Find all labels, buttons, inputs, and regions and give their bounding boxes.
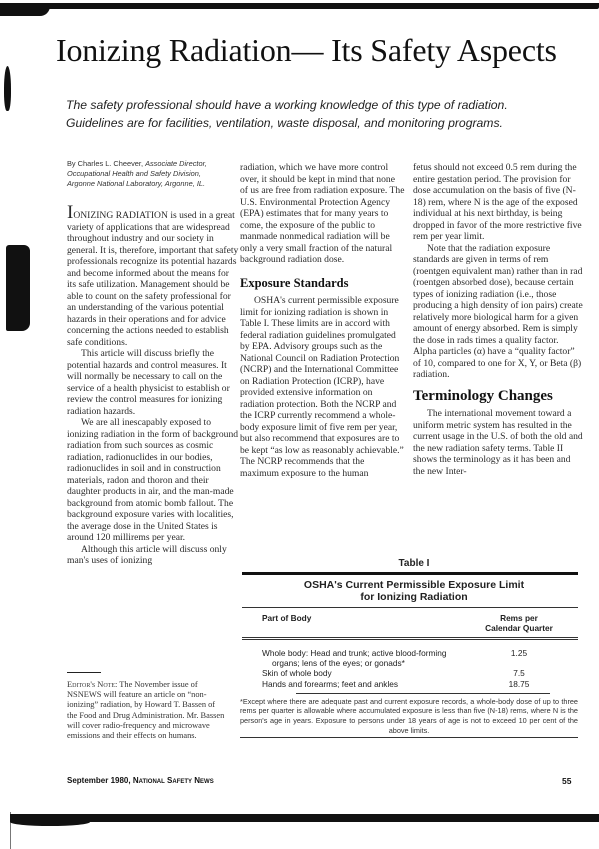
scan-edge-top — [0, 3, 599, 9]
cell-part-of-body: Whole body: Head and trunk; active blood… — [262, 648, 460, 668]
table-title-line-2: for Ionizing Radiation — [240, 591, 588, 603]
deck-line-1: The safety professional should have a wo… — [66, 96, 586, 114]
editors-note-label: Editor's Note: — [67, 680, 117, 689]
page-number: 55 — [562, 776, 571, 786]
byline: By Charles L. Cheever, Associate Directo… — [67, 159, 217, 190]
editors-note-text: The November issue of NSNEWS will featur… — [67, 680, 224, 740]
section-heading-terminology-changes: Terminology Changes — [413, 391, 583, 403]
table-title: OSHA's Current Permissible Exposure Limi… — [240, 579, 588, 603]
table-header-row: Part of Body Rems per Calendar Quarter — [240, 608, 588, 637]
table-footnote-rule — [296, 693, 550, 694]
article-title: Ionizing Radiation— Its Safety Aspects — [56, 32, 557, 69]
section-heading-exposure-standards: Exposure Standards — [240, 278, 405, 290]
paragraph: radiation, which we have more control ov… — [240, 162, 405, 266]
paragraph-text: is used in a great variety of applicatio… — [67, 210, 238, 348]
scan-edge-left-mark — [4, 66, 11, 111]
table-title-line-1: OSHA's Current Permissible Exposure Limi… — [240, 579, 588, 591]
column-header-rems: Rems per Calendar Quarter — [460, 613, 578, 633]
page-footer-issue: September 1980, National Safety News — [67, 776, 214, 785]
table-1: Table I OSHA's Current Permissible Expos… — [240, 558, 588, 738]
scan-edge-left-block — [6, 245, 30, 331]
paragraph: Although this article will discuss only … — [67, 544, 239, 567]
scan-edge-bottom-lip — [10, 818, 90, 826]
paragraph: Note that the radiation exposure standar… — [413, 243, 583, 381]
table-label: Table I — [240, 558, 588, 569]
column-header-part-of-body: Part of Body — [240, 613, 460, 633]
scan-edge-top-tail — [0, 6, 50, 16]
table-footnote: *Except where there are adequate past an… — [240, 697, 588, 737]
article-deck: The safety professional should have a wo… — [66, 96, 586, 132]
paragraph: This article will discuss briefly the po… — [67, 348, 239, 417]
editors-note: Editor's Note: The November issue of NSN… — [67, 680, 227, 741]
cell-part-of-body: Skin of whole body — [262, 668, 460, 678]
paragraph: We are all inescapably exposed to ionizi… — [67, 417, 239, 544]
cell-part-of-body: Hands and forearms; feet and ankles — [262, 679, 460, 689]
scan-edge-bottom — [10, 814, 599, 822]
paragraph: fetus should not exceed 0.5 rem during t… — [413, 162, 583, 243]
table-row: Hands and forearms; feet and ankles 18.7… — [240, 679, 588, 689]
lead-in: ONIZING RADIATION — [73, 210, 168, 221]
column-1: IONIZING RADIATION is used in a great va… — [67, 207, 239, 567]
byline-author: By Charles L. Cheever, — [67, 159, 143, 168]
column-3: fetus should not exceed 0.5 rem during t… — [413, 162, 583, 477]
deck-line-2: Guidelines are for facilities, ventilati… — [66, 114, 586, 132]
table-row: Whole body: Head and trunk; active blood… — [240, 648, 588, 668]
cell-rems: 18.75 — [460, 679, 578, 689]
table-body: Whole body: Head and trunk; active blood… — [240, 640, 588, 691]
footnote-rule — [67, 672, 101, 673]
cell-rems: 7.5 — [460, 668, 578, 678]
footer-date: September 1980, — [67, 776, 133, 785]
cell-rems: 1.25 — [460, 648, 578, 668]
rems-header-line-2: Calendar Quarter — [460, 623, 578, 633]
rems-header-line-1: Rems per — [460, 613, 578, 623]
footer-publication: National Safety News — [133, 776, 214, 785]
paragraph: OSHA's current permissible exposure limi… — [240, 295, 405, 479]
paragraph: The international movement toward a unif… — [413, 408, 583, 477]
paragraph: IONIZING RADIATION is used in a great va… — [67, 207, 239, 348]
table-rule-bottom — [240, 737, 578, 738]
column-2: radiation, which we have more control ov… — [240, 162, 405, 479]
table-row: Skin of whole body 7.5 — [240, 668, 588, 678]
table-rule-top — [242, 572, 578, 575]
